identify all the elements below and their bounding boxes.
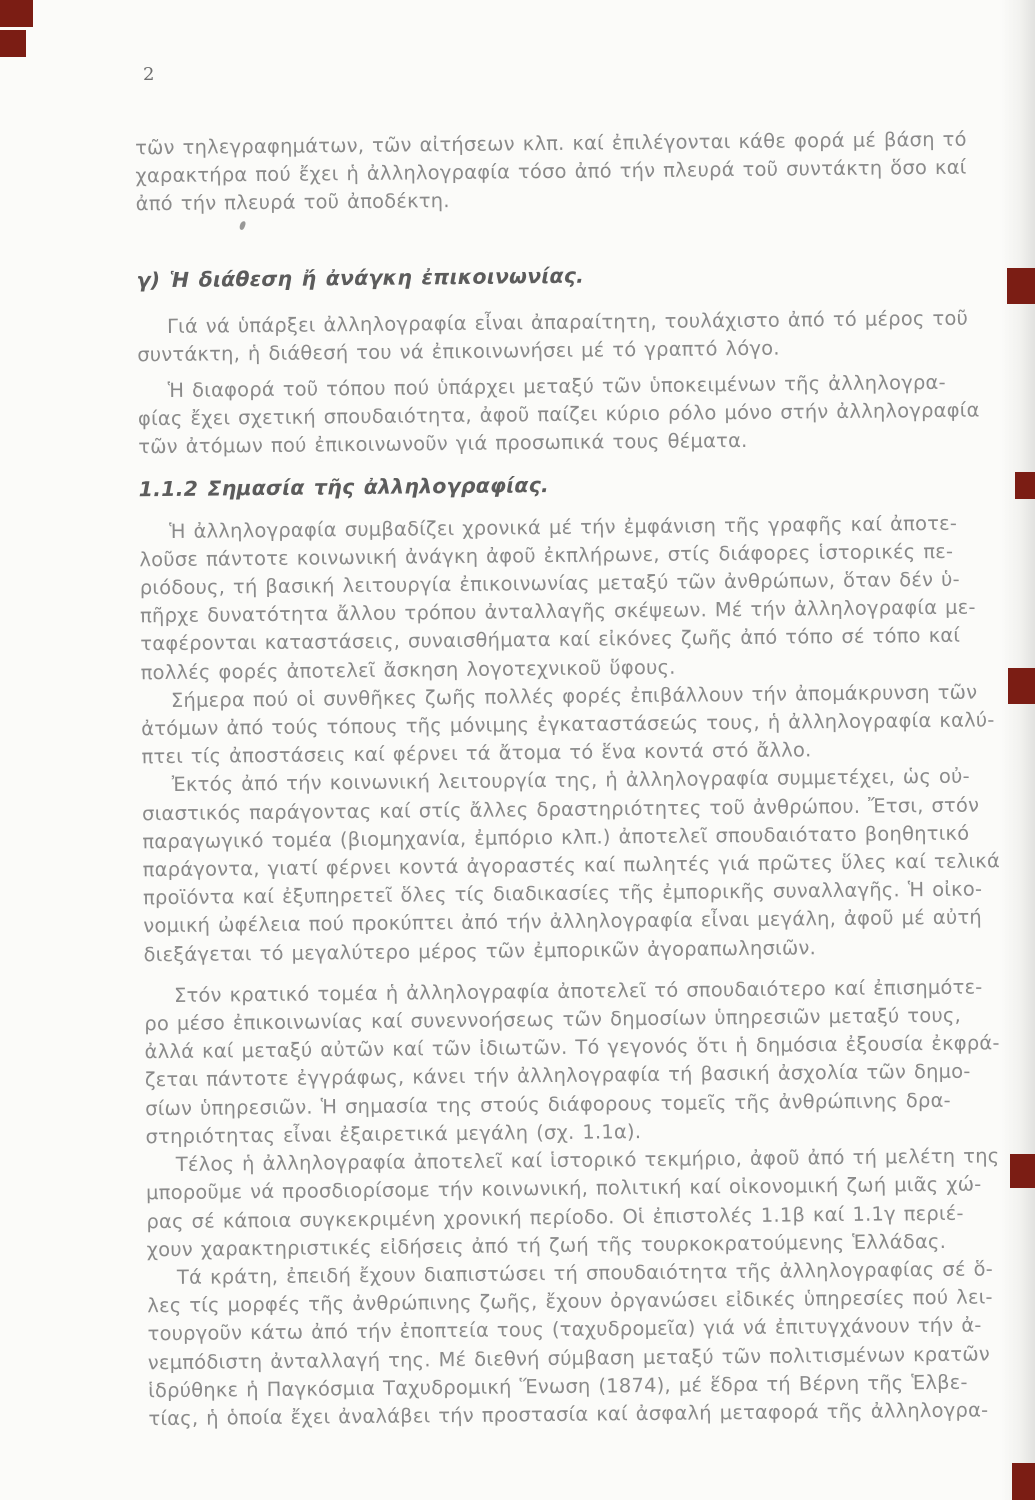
section-heading-1-1-2: 1.1.2 Σημασία τῆς ἀλληλογραφίας. [139,465,1019,504]
section-heading-gamma: γ) Ἡ διάθεση ἤ ἀνάγκη ἐπικοινωνίας. [136,256,1016,295]
red-edge-mark [1008,668,1035,704]
scanned-page: 2 τῶν τηλεγραφημάτων, τῶν αἰτήσεων κλπ. … [0,0,1035,1500]
body-paragraph: Τέλος ἡ ἀλληλογραφία ἀποτελεῖ καί ἱστορι… [146,1142,1027,1264]
page-number: 2 [143,64,154,85]
body-paragraph: Ἡ ἀλληλογραφία συμβαδίζει χρονικά μέ τήν… [139,509,1021,687]
red-edge-mark [1012,1463,1035,1500]
body-paragraph: Γιά νά ὑπάρξει ἀλληλογραφία εἶναι ἀπαραί… [137,304,1018,370]
red-edge-mark [1007,268,1035,304]
red-edge-mark [0,0,33,27]
red-edge-mark [1015,472,1035,499]
body-paragraph: Ἡ διαφορά τοῦ τόπου πού ὑπάρχει μεταξύ τ… [138,368,1019,462]
body-paragraph: Στόν κρατικό τομέα ἡ ἀλληλογραφία ἀποτελ… [144,973,1026,1151]
body-paragraph: Ἐκτός ἀπό τήν κοινωνική λειτουργία της, … [142,763,1024,970]
text-column: τῶν τηλεγραφημάτων, τῶν αἰτήσεων κλπ. κα… [135,125,1029,1433]
body-paragraph: Τά κράτη, ἐπειδή ἔχουν διαπιστώσει τή σπ… [147,1255,1029,1433]
red-edge-mark [0,30,26,57]
body-paragraph-continuation: τῶν τηλεγραφημάτων, τῶν αἰτήσεων κλπ. κα… [135,125,1016,219]
red-edge-mark [1010,1154,1035,1188]
body-paragraph: Σήμερα πού οἱ συνθῆκες ζωῆς πολλές φορές… [141,678,1022,772]
